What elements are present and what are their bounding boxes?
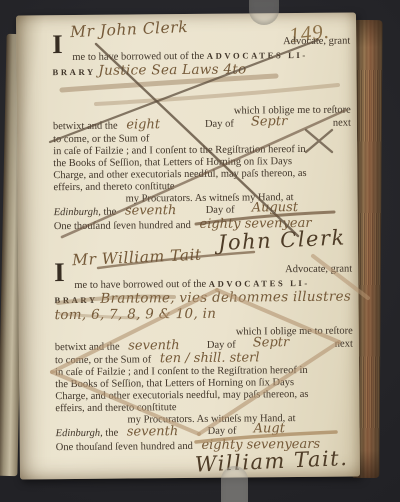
printed-advocates-library: Advocates Li- [209, 278, 310, 289]
entry2-signature-row: William Tait. [56, 455, 356, 475]
entry2-signature: William Tait. [194, 452, 348, 471]
entry1-name-row: Mr John Clerk Advocate, grant [52, 25, 352, 52]
borrow-entry-2: I Mr William Tait Advocate, grant me to … [54, 253, 356, 475]
entry2-title-row: brary Brantome, vies dehommes illustres … [54, 290, 354, 325]
entry2-book-title: Brantome, vies dehommes illustres tom, 6… [55, 289, 352, 324]
entry1-borrower-name: Mr John Clerk [70, 21, 188, 39]
register-page: 149. I Mr John Clerk Advocate, grant me … [16, 13, 360, 480]
printed-advocate-grant: Advocate, grant [285, 263, 352, 276]
printed-advocates-library: Advocates Li- [207, 50, 308, 61]
entry2-borrower-name: Mr William Tait [72, 249, 202, 267]
borrow-entry-1: I Mr John Clerk Advocate, grant me to ha… [52, 25, 354, 254]
entry1-signature: John Clerk [218, 232, 346, 250]
entry1-date-month: August [252, 202, 298, 215]
entry2-date-month: Augt [254, 423, 285, 436]
entry1-sum-row: to come, or the Sum of [53, 130, 353, 146]
entry2-date-row: Edinburgh, the seventh Day of Augt [56, 425, 356, 441]
entry1-restore-month: Septr [251, 116, 287, 129]
page-restraint-tab-bottom [221, 466, 248, 502]
printed-advocate-grant: Advocate, grant [283, 35, 350, 48]
entry1-date-row: Edinburgh, the seventh Day of August [54, 204, 354, 220]
entry2-sum-row: to come, or the Sum of ten / shill. ster… [55, 351, 355, 367]
entry2-sum: ten / shill. sterl [160, 350, 260, 366]
entry1-date-day: seventh [125, 203, 177, 218]
entry2-date-day: seventh [127, 424, 179, 439]
photographed-book-scene: 149. I Mr John Clerk Advocate, grant me … [0, 0, 400, 502]
entry1-restore-day: eight [126, 117, 160, 132]
entry2-name-row: Mr William Tait Advocate, grant [54, 253, 354, 280]
entry1-book-title: Justice Sea Laws 4to [98, 62, 246, 79]
entry2-restore-month: Septr [253, 337, 289, 350]
